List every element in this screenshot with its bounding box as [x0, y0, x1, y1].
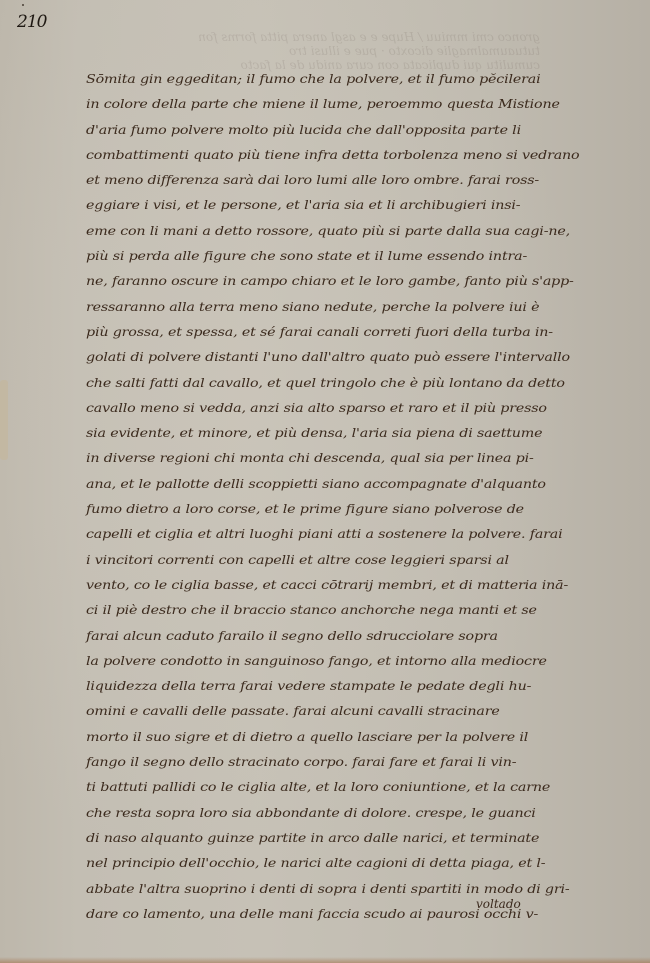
line-text: i vincitori correnti con capelli et altr…: [86, 547, 509, 572]
line-text: in diverse regioni chi monta chi descend…: [86, 445, 534, 470]
line-text: eggiare i visi, et le persone, et l'aria…: [86, 192, 520, 217]
line-text: Sōmita gin eggeditan; il fumo che la pol…: [86, 66, 541, 91]
line-text: cavallo meno si vedda, anzi sia alto spa…: [86, 395, 547, 420]
line-text: che resta sopra loro sia abbondante di d…: [86, 800, 536, 825]
manuscript-page: gronco cmi mmiuu / Hupe e e asgl anera p…: [0, 0, 650, 963]
manuscript-line: ti battuti pallidi co le ciglia alte, et…: [86, 774, 586, 799]
line-text: di naso alquanto guinze partite in arco …: [86, 825, 539, 850]
line-text: farai alcun caduto farailo il segno dell…: [86, 623, 498, 648]
manuscript-line: i vincitori correnti con capelli et altr…: [86, 547, 586, 572]
manuscript-line: eme con li mani a detto rossore, quato p…: [86, 218, 586, 243]
line-text: capelli et ciglia et altri luoghi piani …: [86, 521, 563, 546]
manuscript-line: Sōmita gin eggeditan; il fumo che la pol…: [86, 66, 586, 91]
manuscript-line: cavallo meno si vedda, anzi sia alto spa…: [86, 395, 586, 420]
line-text: in colore della parte che miene il lume,…: [86, 91, 560, 116]
manuscript-line: omini e cavalli delle passate. farai alc…: [86, 698, 586, 723]
manuscript-line: di naso alquanto guinze partite in arco …: [86, 825, 586, 850]
line-text: fango il segno dello stracinato corpo. f…: [86, 749, 516, 774]
line-text: ti battuti pallidi co le ciglia alte, et…: [86, 774, 550, 799]
catchword: voltado: [476, 897, 521, 911]
page-bottom-edge: [0, 957, 650, 963]
manuscript-line: sia evidente, et minore, et più densa, l…: [86, 420, 586, 445]
manuscript-line: fumo dietro a loro corse, et le prime fi…: [86, 496, 586, 521]
manuscript-line: nel principio dell'occhio, le narici alt…: [86, 850, 586, 875]
manuscript-line: farai alcun caduto farailo il segno dell…: [86, 623, 586, 648]
manuscript-line: in diverse regioni chi monta chi descend…: [86, 445, 586, 470]
line-text: fumo dietro a loro corse, et le prime fi…: [86, 496, 524, 521]
line-text: vento, co le ciglia basse, et cacci cōtr…: [86, 572, 568, 597]
line-text: eme con li mani a detto rossore, quato p…: [86, 218, 570, 243]
line-text: et meno differenza sarà dai loro lumi al…: [86, 167, 539, 192]
manuscript-line: capelli et ciglia et altri luoghi piani …: [86, 521, 586, 546]
line-text: combattimenti quato più tiene infra dett…: [86, 142, 579, 167]
manuscript-line: golati di polvere distanti l'uno dall'al…: [86, 344, 586, 369]
ink-dot: [22, 4, 24, 6]
manuscript-line: fango il segno dello stracinato corpo. f…: [86, 749, 586, 774]
manuscript-text-block: Sōmita gin eggeditan; il fumo che la pol…: [86, 66, 586, 926]
manuscript-line: morto il suo sigre et di dietro a quello…: [86, 724, 586, 749]
bleed-line: tutuaumalmaglie dicoxto · pue e illusi t…: [70, 44, 540, 58]
line-text: più si perda alle figure che sono state …: [86, 243, 527, 268]
manuscript-line: ana, et le pallotte delli scoppietti sia…: [86, 471, 586, 496]
manuscript-line: più si perda alle figure che sono state …: [86, 243, 586, 268]
manuscript-line: combattimenti quato più tiene infra dett…: [86, 142, 586, 167]
line-text: ci il piè destro che il braccio stanco a…: [86, 597, 537, 622]
manuscript-line: ci il piè destro che il braccio stanco a…: [86, 597, 586, 622]
line-text: liquidezza della terra farai vedere stam…: [86, 673, 531, 698]
line-text: sia evidente, et minore, et più densa, l…: [86, 420, 542, 445]
line-text: più grossa, et spessa, et sé farai canal…: [86, 319, 553, 344]
line-text: morto il suo sigre et di dietro a quello…: [86, 724, 528, 749]
manuscript-line: eggiare i visi, et le persone, et l'aria…: [86, 192, 586, 217]
manuscript-line: ne, faranno oscure in campo chiaro et le…: [86, 268, 586, 293]
line-text: ana, et le pallotte delli scoppietti sia…: [86, 471, 546, 496]
line-text: golati di polvere distanti l'uno dall'al…: [86, 344, 570, 369]
manuscript-line: vento, co le ciglia basse, et cacci cōtr…: [86, 572, 586, 597]
line-text: ne, faranno oscure in campo chiaro et le…: [86, 268, 574, 293]
manuscript-line: che salti fatti dal cavallo, et quel tri…: [86, 370, 586, 395]
line-text: ressaranno alla terra meno siano nedute,…: [86, 294, 539, 319]
paper-stain: [0, 380, 8, 460]
manuscript-line: liquidezza della terra farai vedere stam…: [86, 673, 586, 698]
line-text: la polvere condotto in sanguinoso fango,…: [86, 648, 547, 673]
manuscript-line: la polvere condotto in sanguinoso fango,…: [86, 648, 586, 673]
line-text: omini e cavalli delle passate. farai alc…: [86, 698, 500, 723]
manuscript-line: et meno differenza sarà dai loro lumi al…: [86, 167, 586, 192]
manuscript-line: d'aria fumo polvere molto più lucida che…: [86, 117, 586, 142]
line-text: dare co lamento, una delle mani faccia s…: [86, 901, 538, 926]
line-text: d'aria fumo polvere molto più lucida che…: [86, 117, 521, 142]
line-text: nel principio dell'occhio, le narici alt…: [86, 850, 545, 875]
manuscript-line: che resta sopra loro sia abbondante di d…: [86, 800, 586, 825]
manuscript-line: più grossa, et spessa, et sé farai canal…: [86, 319, 586, 344]
folio-number: 210: [17, 12, 46, 32]
manuscript-line: in colore della parte che miene il lume,…: [86, 91, 586, 116]
bleed-line: gronco cmi mmiuu / Hupe e e asgl anera p…: [70, 30, 540, 44]
line-text: che salti fatti dal cavallo, et quel tri…: [86, 370, 565, 395]
manuscript-line: ressaranno alla terra meno siano nedute,…: [86, 294, 586, 319]
